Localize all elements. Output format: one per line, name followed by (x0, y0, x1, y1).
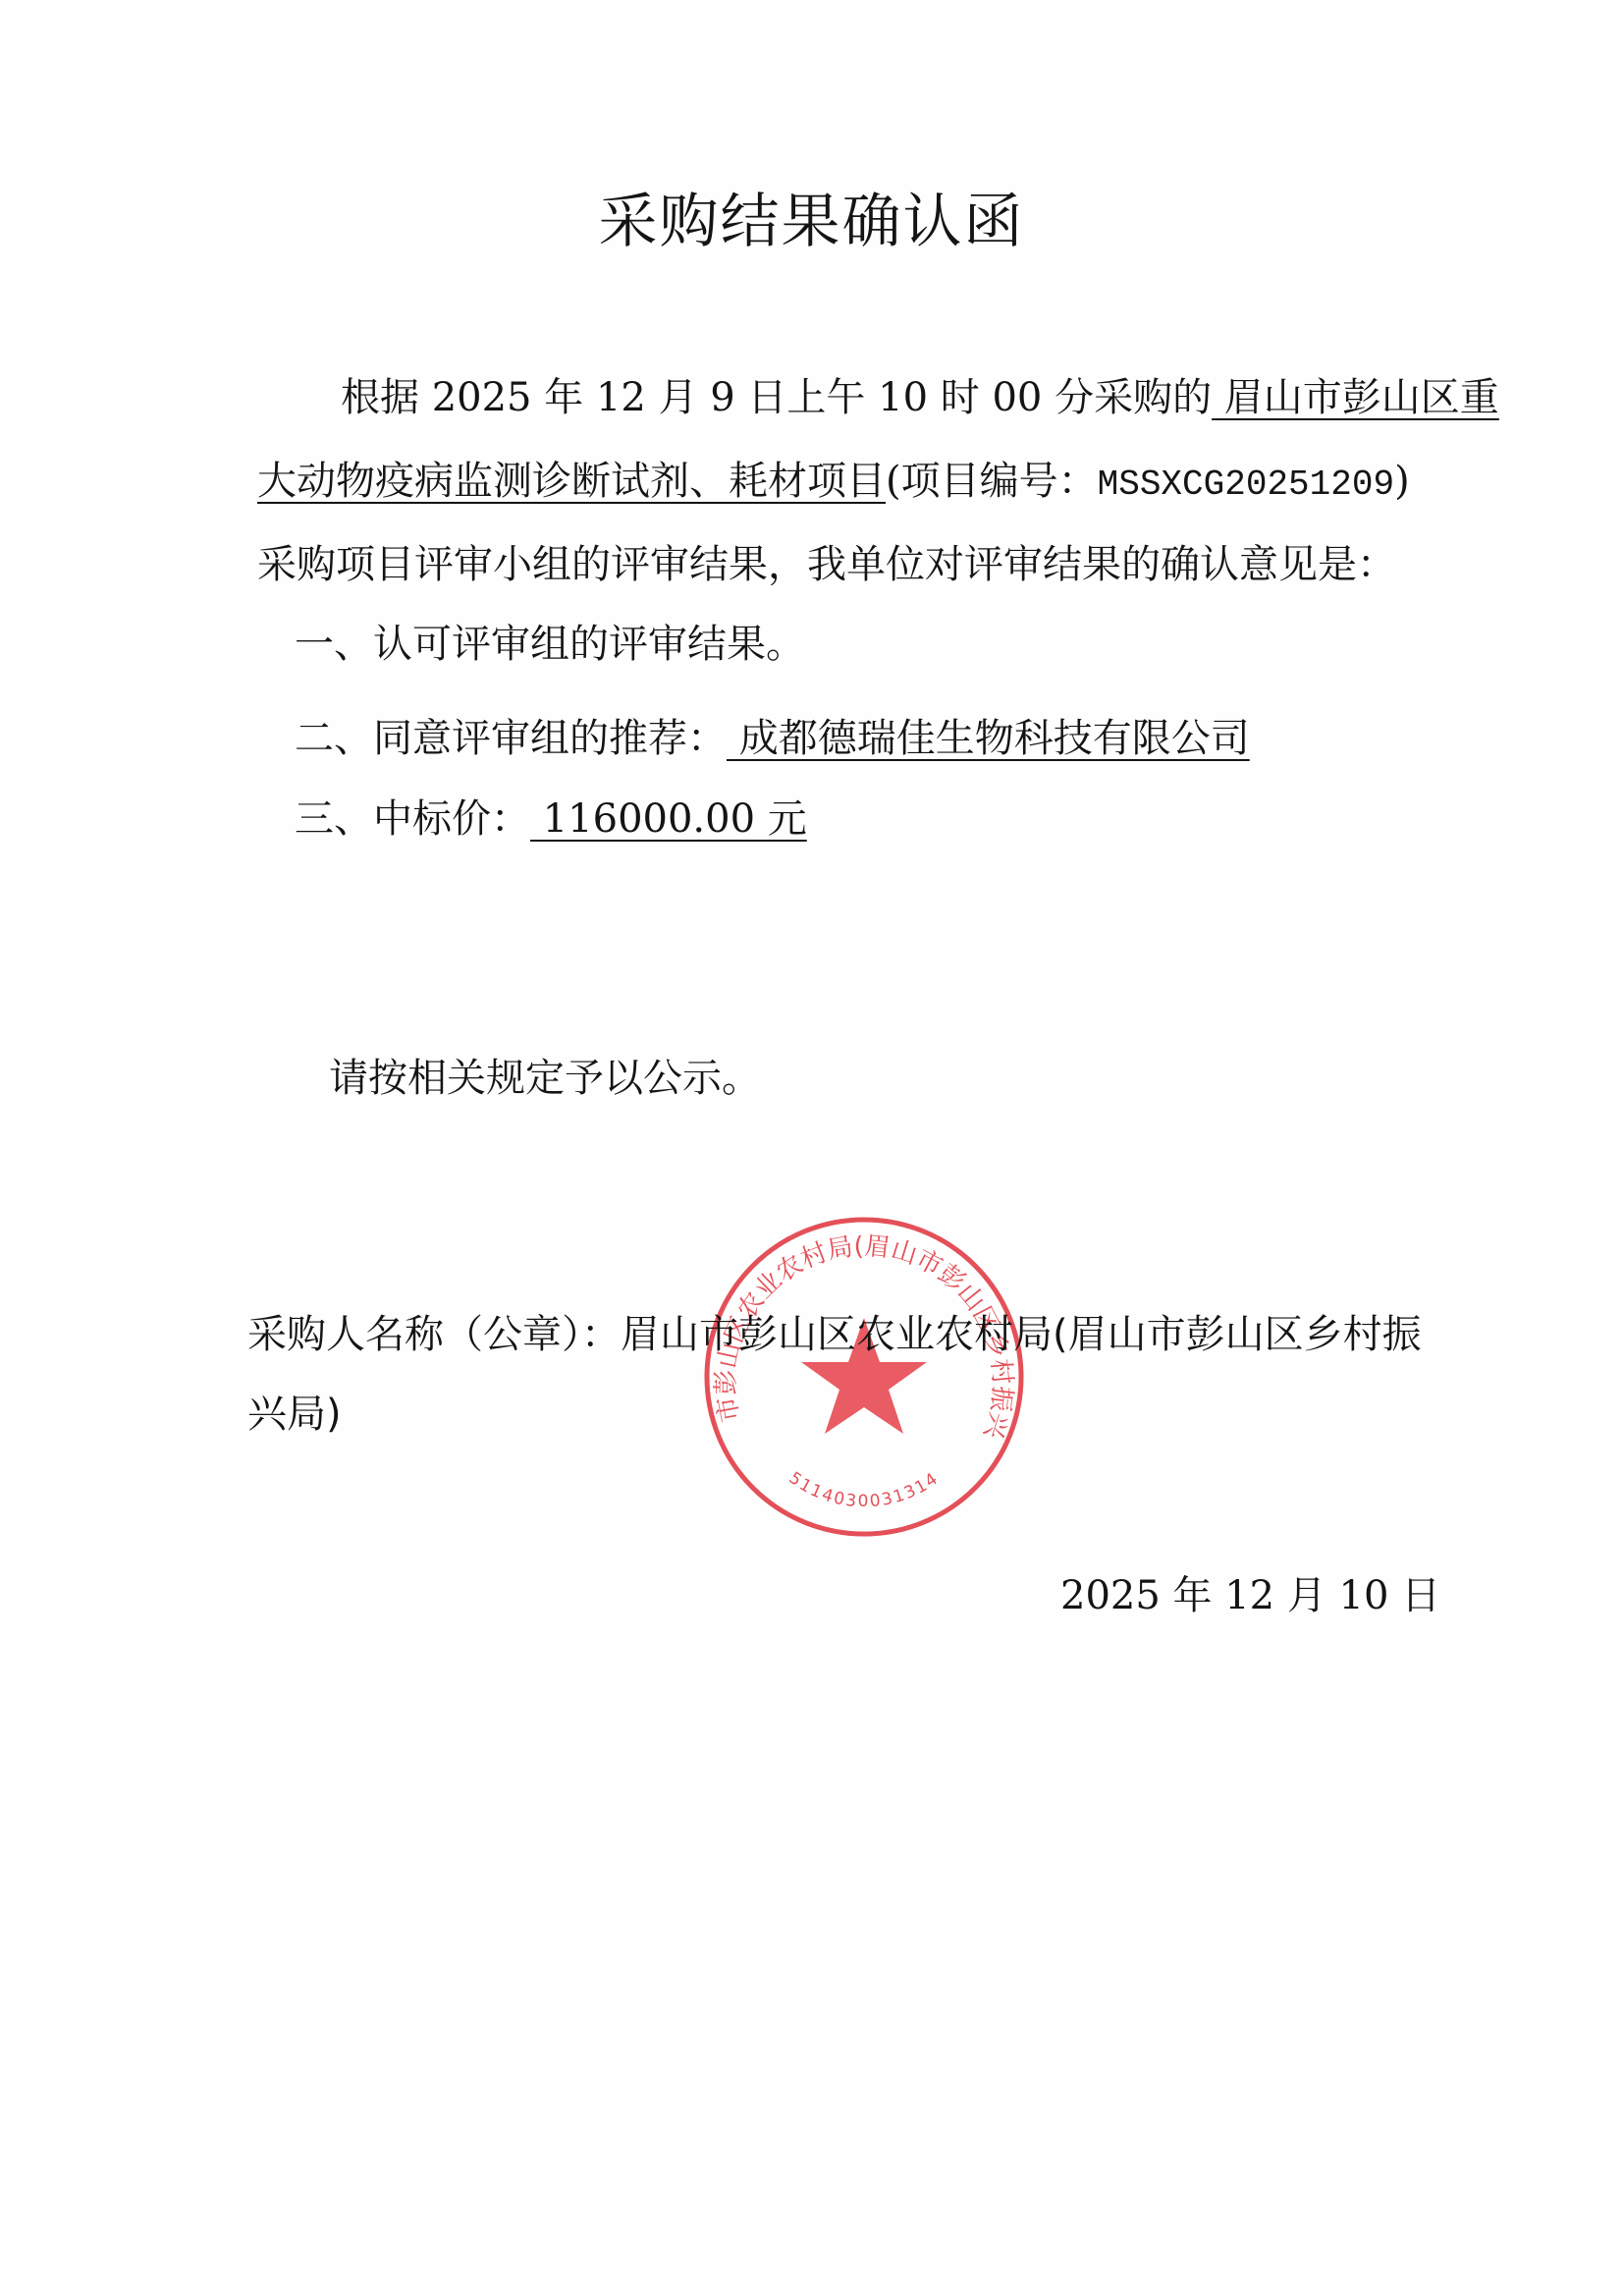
document-date: 2025 年 12 月 10 日 (1060, 1571, 1440, 1620)
project-name-part1: 眉山市彭山区重 (1212, 375, 1499, 420)
purchaser-name-1: 眉山市彭山区农业农村局(眉山市彭山区乡村振 (621, 1312, 1422, 1357)
winning-price: 116000.00 元 (530, 796, 807, 842)
item-2-label: 二、同意评审组的推荐： (295, 716, 727, 761)
paragraph-line-2: 大动物疫病监测诊断试剂、耗材项目(项目编号：MSSXCG20251209) (257, 457, 1410, 510)
seal-code: 5114030031314 (785, 1468, 944, 1511)
item-1: 一、认可评审组的评审结果。 (295, 620, 805, 669)
paragraph-line-3: 采购项目评审小组的评审结果，我单位对评审结果的确认意见是： (257, 540, 1396, 589)
project-code-label: (项目编号： (886, 459, 1098, 504)
item-3: 三、中标价： 116000.00 元 (295, 794, 807, 844)
purchaser-line-1: 采购人名称（公章）：眉山市彭山区农业农村局(眉山市彭山区乡村振 (247, 1310, 1422, 1359)
project-code: MSSXCG20251209 (1098, 465, 1394, 505)
notice-text: 请按相关规定予以公示。 (329, 1054, 761, 1103)
paragraph-line-1: 根据 2025 年 12 月 9 日上午 10 时 00 分采购的 眉山市彭山区… (341, 373, 1499, 422)
official-seal: 眉山市彭山区农业农村局(眉山市彭山区乡村振兴局) 5114030031314 (702, 1215, 1026, 1539)
recommended-supplier: 成都德瑞佳生物科技有限公司 (727, 716, 1250, 761)
project-code-close: ) (1394, 459, 1410, 504)
project-name-part2: 大动物疫病监测诊断试剂、耗材项目 (257, 459, 886, 504)
item-3-label: 三、中标价： (295, 796, 530, 842)
document-page: 采购结果确认函 根据 2025 年 12 月 9 日上午 10 时 00 分采购… (0, 0, 1623, 2296)
document-title: 采购结果确认函 (0, 187, 1623, 257)
purchaser-line-2: 兴局) (247, 1390, 342, 1439)
purchaser-label: 采购人名称（公章）： (247, 1312, 621, 1357)
svg-text:5114030031314: 5114030031314 (785, 1468, 944, 1511)
item-1-label: 一、认可评审组的评审结果。 (295, 622, 805, 667)
item-2: 二、同意评审组的推荐： 成都德瑞佳生物科技有限公司 (295, 714, 1250, 763)
paragraph-prefix: 根据 2025 年 12 月 9 日上午 10 时 00 分采购的 (341, 375, 1212, 420)
